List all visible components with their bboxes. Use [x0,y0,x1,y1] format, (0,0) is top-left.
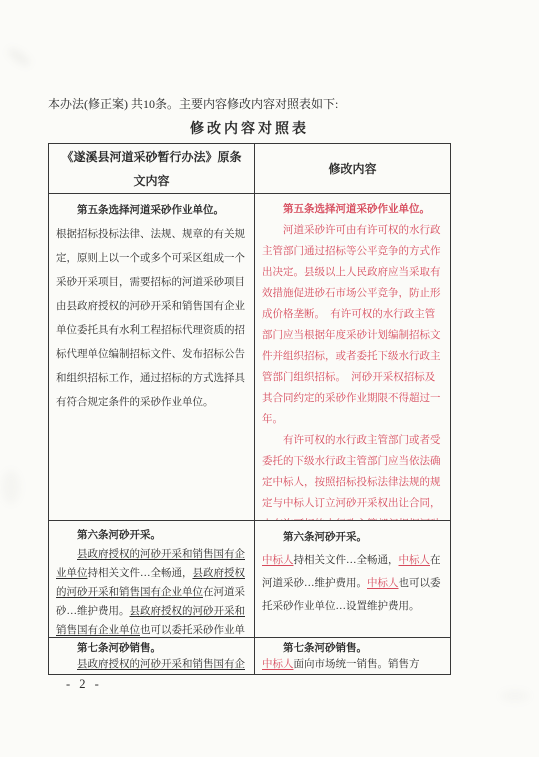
paragraph: 县政府授权的河砂开采和销售国有企业单位持相关文件…全畅通，县政府授权的河砂开采和… [56,545,247,637]
paragraph: 第五条选择河道采砂作业单位。 [56,199,247,223]
cell-article7-original: 第七条河砂销售。县政府授权的河砂开采和销售国有企业单 [49,638,255,674]
paragraph: 第五条选择河道采砂作业单位。 [262,199,443,220]
cell-article5-original: 第五条选择河道采砂作业单位。根据招标投标法律、法规、规章的有关规定，原则上以一个… [49,194,255,520]
paragraph: 有许可权的水行政主管部门或者受委托的下级水行政主管部门应当依法确定中标人，按照招… [262,430,443,520]
body-text: 持相关文件…全畅通， [88,568,193,579]
paragraph: 中标人面向市场统一销售。销售方式……等 [262,657,443,674]
paragraph: 中标人持相关文件…全畅通，中标人在河道采砂…维护费用。中标人也可以委托采砂作业单… [262,549,443,618]
body-text: 第五条选择河道采砂作业单位。 [77,205,224,216]
paragraph: 根据招标投标法律、法规、规章的有关规定，原则上以一个或多个可采区组成一个采砂开采… [56,223,247,415]
paragraph: 河道采砂许可由有许可权的水行政主管部门通过招标等公平竞争的方式作出决定。县级以上… [262,220,443,430]
revision-marked-text: 县政府授权的河砂开采和销售国有企业单 [56,659,245,674]
table-header-row: 《遂溪县河道采砂暂行办法》原条文内容 修改内容 [49,144,450,194]
paragraph: 第六条河砂开采。 [56,526,247,545]
revision-marked-text: 中标人 [367,578,399,589]
paragraph: 第七条河砂销售。 [262,641,443,657]
body-text: 第七条河砂销售。 [283,643,367,654]
body-text: 有许可权的水行政主管部门或者受委托的下级水行政主管部门应当依法确定中标人，按照招… [262,435,441,520]
body-text: 根据招标投标法律、法规、规章的有关规定，原则上以一个或多个可采区组成一个采砂开采… [56,229,245,408]
document-page: 本办法(修正案) 共10条。主要内容修改内容对照表如下: 修改内容对照表 《遂溪… [0,0,539,757]
page-number: - 2 - [66,677,102,692]
scan-artifact [500,690,530,702]
cell-article6-original: 第六条河砂开采。县政府授权的河砂开采和销售国有企业单位持相关文件…全畅通，县政府… [49,521,255,637]
body-text: 第七条河砂销售。 [77,643,161,654]
body-text: 第五条选择河道采砂作业单位。 [283,204,430,215]
paragraph: 第七条河砂销售。 [56,641,247,657]
revision-marked-text: 中标人 [262,659,294,670]
paragraph: 第六条河砂开采。 [262,526,443,549]
revision-marked-text: 中标人 [399,555,431,566]
body-text: 持相关文件…全畅通， [294,555,399,566]
table-row-article6: 第六条河砂开采。县政府授权的河砂开采和销售国有企业单位持相关文件…全畅通，县政府… [49,521,450,638]
table-title: 修改内容对照表 [48,118,451,138]
body-text: 第六条河砂开采。 [77,530,161,541]
table-row-article7: 第七条河砂销售。县政府授权的河砂开采和销售国有企业单 第七条河砂销售。中标人面向… [49,638,450,674]
scan-artifact [2,470,20,504]
table-row-article5: 第五条选择河道采砂作业单位。根据招标投标法律、法规、规章的有关规定，原则上以一个… [49,194,450,521]
table-header-modified-content: 修改内容 [255,144,450,193]
paragraph: 县政府授权的河砂开采和销售国有企业单 [56,657,247,674]
cell-article5-modified: 第五条选择河道采砂作业单位。河道采砂许可由有许可权的水行政主管部门通过招标等公平… [255,194,450,520]
comparison-table: 《遂溪县河道采砂暂行办法》原条文内容 修改内容 第五条选择河道采砂作业单位。根据… [48,143,451,675]
revision-marked-text: 中标人 [262,555,294,566]
table-header-original-text: 《遂溪县河道采砂暂行办法》原条文内容 [49,144,255,193]
body-text: 第六条河砂开采。 [283,532,367,543]
cell-article7-modified: 第七条河砂销售。中标人面向市场统一销售。销售方式……等 [255,638,450,674]
body-text: 河道采砂许可由有许可权的水行政主管部门通过招标等公平竞争的方式作出决定。县级以上… [262,225,441,425]
scan-artifact [5,45,32,68]
intro-text: 本办法(修正案) 共10条。主要内容修改内容对照表如下: [48,96,468,112]
cell-article6-modified: 第六条河砂开采。中标人持相关文件…全畅通，中标人在河道采砂…维护费用。中标人也可… [255,521,450,637]
